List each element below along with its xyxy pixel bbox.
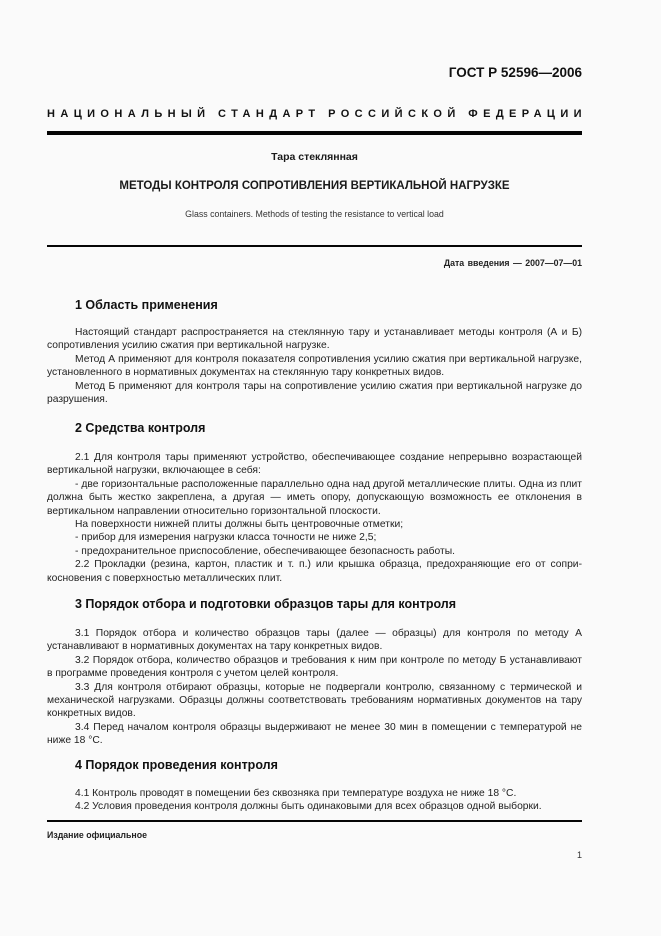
section-body-4: 4.1 Контроль проводят в помещении без ск…	[47, 787, 582, 814]
document-title-english: Glass containers. Methods of testing the…	[47, 209, 582, 219]
section-body-2: 2.1 Для контроля тары применяют устройст…	[47, 451, 582, 585]
title-divider	[47, 245, 582, 247]
paragraph: Метод А применяют для контроля показател…	[47, 353, 582, 380]
banner-word: НАЦИОНАЛЬНЫЙ	[47, 108, 210, 120]
document-title: МЕТОДЫ КОНТРОЛЯ СОПРОТИВЛЕНИЯ ВЕРТИКАЛЬН…	[47, 180, 582, 192]
official-edition-label: Издание официальное	[47, 830, 147, 840]
paragraph: 4.2 Условия проведения контроля должны б…	[47, 800, 582, 813]
footer-divider	[47, 820, 582, 822]
section-heading-3: 3 Порядок отбора и подготовки образцов т…	[75, 597, 456, 611]
paragraph: Настоящий стандарт распространяется на с…	[47, 326, 582, 353]
paragraph: 3.2 Порядок отбора, количество образцов …	[47, 654, 582, 681]
paragraph: 2.1 Для контроля тары применяют устройст…	[47, 451, 582, 478]
section-heading-4: 4 Порядок проведения контроля	[75, 758, 278, 772]
section-heading-2: 2 Средства контроля	[75, 421, 205, 435]
paragraph: 3.1 Порядок отбора и количество образцов…	[47, 627, 582, 654]
paragraph: 2.2 Прокладки (резина, картон, пластик и…	[47, 558, 582, 585]
national-standard-banner: НАЦИОНАЛЬНЫЙ СТАНДАРТ РОССИЙСКОЙ ФЕДЕРАЦ…	[47, 108, 582, 120]
top-divider	[47, 131, 582, 135]
paragraph: На поверхности нижней плиты должны быть …	[47, 518, 582, 531]
paragraph: 3.4 Перед началом контроля образцы выдер…	[47, 721, 582, 748]
list-item: - прибор для измерения нагрузки класса т…	[47, 531, 582, 544]
banner-word: РОССИЙСКОЙ	[328, 108, 461, 120]
section-body-1: Настоящий стандарт распространяется на с…	[47, 326, 582, 406]
section-body-3: 3.1 Порядок отбора и количество образцов…	[47, 627, 582, 748]
banner-word: СТАНДАРТ	[218, 108, 320, 120]
section-heading-1: 1 Область применения	[75, 298, 218, 312]
document-code: ГОСТ Р 52596—2006	[449, 65, 582, 80]
document-subtitle: Тара стеклянная	[47, 151, 582, 163]
list-item: - две горизонтальные расположенные парал…	[47, 478, 582, 518]
introduction-date: Дата введения — 2007—07—01	[444, 258, 582, 268]
paragraph: 3.3 Для контроля отбирают образцы, котор…	[47, 681, 582, 721]
paragraph: Метод Б применяют для контроля тары на с…	[47, 380, 582, 407]
banner-word: ФЕДЕРАЦИИ	[468, 108, 587, 120]
paragraph: 4.1 Контроль проводят в помещении без ск…	[47, 787, 582, 800]
page-number: 1	[577, 850, 582, 860]
list-item: - предохранительное приспособление, обес…	[47, 545, 582, 558]
